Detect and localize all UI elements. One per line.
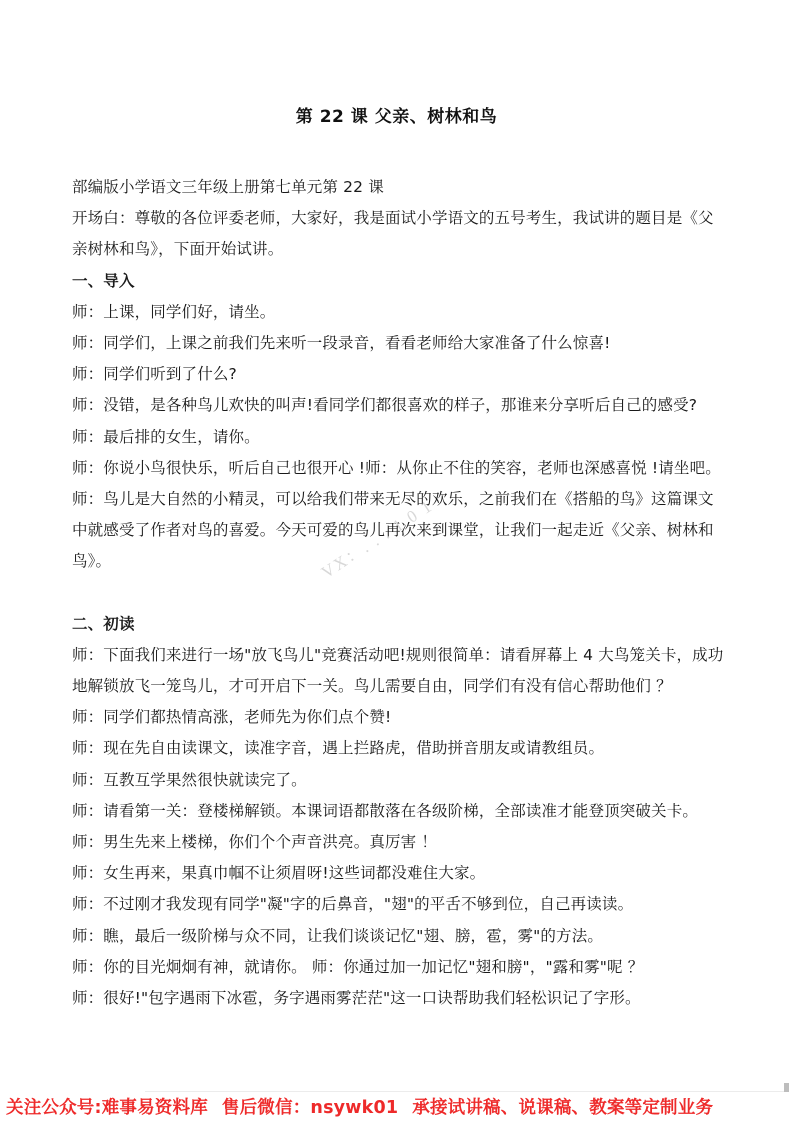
text-line: 师：你说小鸟很快乐，听后自己也很开心 !师：从你止不住的笑容，老师也深感喜悦 !… xyxy=(72,453,732,484)
text-line: 师：同学们都热情高涨，老师先为你们点个赞! xyxy=(72,702,732,733)
section-heading-first-reading: 二、初读 xyxy=(72,609,732,640)
document-page: 第 22 课 父亲、树林和鸟 部编版小学语文三年级上册第七单元第 22 课 开场… xyxy=(0,0,793,1122)
section-heading-intro: 一、导入 xyxy=(72,266,732,297)
page-corner-mark xyxy=(784,1083,789,1092)
text-line: 师：同学们听到了什么? xyxy=(72,359,732,390)
text-line: 鸟》。 xyxy=(72,546,732,577)
text-line: 师：女生再来，果真巾帼不让须眉呀!这些词都没难住大家。 xyxy=(72,858,732,889)
footer-wechat: 售后微信：nsywk01 xyxy=(222,1096,398,1120)
footer-divider xyxy=(145,1091,785,1092)
footer-services: 承接试讲稿、说课稿、教案等定制业务 xyxy=(412,1096,713,1120)
text-line: 师：最后排的女生，请你。 xyxy=(72,422,732,453)
lesson-title: 第 22 课 父亲、树林和鸟 xyxy=(0,104,793,130)
text-line: 师：下面我们来进行一场"放飞鸟儿"竞赛活动吧!规则很简单：请看屏幕上 4 大鸟笼… xyxy=(72,640,732,671)
text-line: 师：上课，同学们好，请坐。 xyxy=(72,297,732,328)
text-line: 师：没错，是各种鸟儿欢快的叫声!看同学们都很喜欢的样子，那谁来分享听后自己的感受… xyxy=(72,390,732,421)
blank-line xyxy=(72,577,732,608)
text-line: 部编版小学语文三年级上册第七单元第 22 课 xyxy=(72,172,732,203)
text-line: 师：同学们，上课之前我们先来听一段录音，看看老师给大家准备了什么惊喜! xyxy=(72,328,732,359)
text-line: 师：你的目光炯炯有神，就请你。 师：你通过加一加记忆"翅和膀"，"露和雾"呢 ？ xyxy=(72,952,732,983)
text-line: 亲树林和鸟》，下面开始试讲。 xyxy=(72,234,732,265)
promo-footer: 关注公众号:难事易资料库售后微信：nsywk01承接试讲稿、说课稿、教案等定制业… xyxy=(6,1096,793,1120)
text-line: 开场白：尊敬的各位评委老师，大家好，我是面试小学语文的五号考生，我试讲的题目是《… xyxy=(72,203,732,234)
text-line: 师：瞧，最后一级阶梯与众不同，让我们谈谈记忆"翅、膀，雹，雾"的方法。 xyxy=(72,921,732,952)
text-line: 师：不过刚才我发现有同学"凝"字的后鼻音，"翅"的平舌不够到位，自己再读读。 xyxy=(72,889,732,920)
text-line: 师：很好!"包字遇雨下冰雹，务字遇雨雾茫茫"这一口诀帮助我们轻松识记了字形。 xyxy=(72,983,732,1014)
lesson-body: 部编版小学语文三年级上册第七单元第 22 课 开场白：尊敬的各位评委老师，大家好… xyxy=(72,172,732,1014)
text-line: 地解锁放飞一笼鸟儿，才可开启下一关。鸟儿需要自由，同学们有没有信心帮助他们 ？ xyxy=(72,671,732,702)
text-line: 师：互教互学果然很快就读完了。 xyxy=(72,765,732,796)
text-line: 师：现在先自由读课文，读准字音，遇上拦路虎，借助拼音朋友或请教组员。 xyxy=(72,733,732,764)
text-line: 师：请看第一关：登楼梯解锁。本课词语都散落在各级阶梯，全部读准才能登顶突破关卡。 xyxy=(72,796,732,827)
footer-account: 关注公众号:难事易资料库 xyxy=(6,1096,208,1120)
text-line: 师：男生先来上楼梯，你们个个声音洪亮。真厉害 ！ xyxy=(72,827,732,858)
